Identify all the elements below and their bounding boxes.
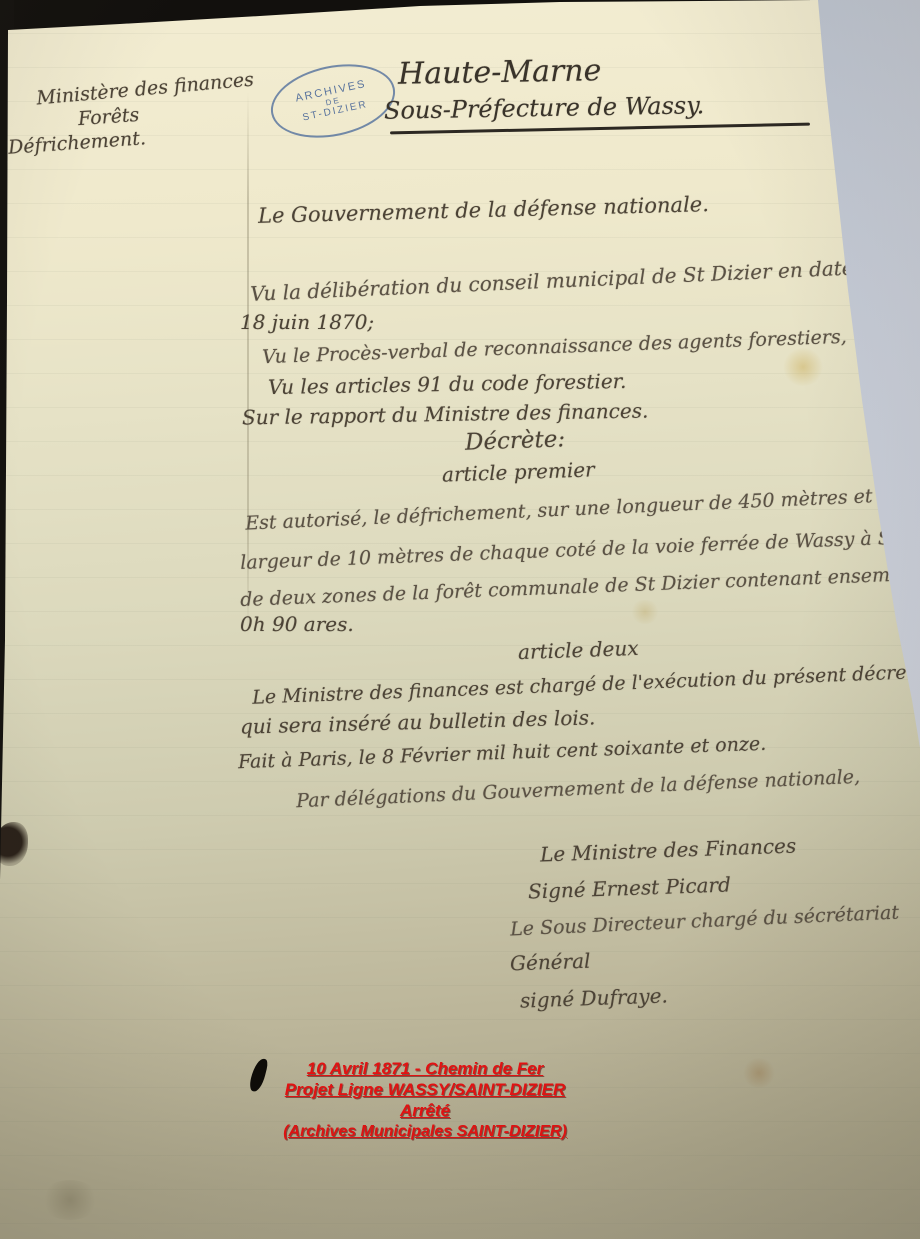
header-subprefecture: Sous-Préfecture de Wassy. (384, 91, 705, 125)
archive-caption: 10 Avril 1871 - Chemin de Fer Projet Lig… (240, 1058, 610, 1142)
body-line-article-2: article deux (518, 636, 639, 664)
margin-note-line: Forêts (77, 104, 140, 130)
photo-of-document: Ministère des finances Forêts Défricheme… (0, 0, 920, 1239)
paper-stain (742, 1058, 776, 1088)
body-line: 0h 90 ares. (240, 612, 354, 636)
caption-line: Projet Ligne WASSY/SAINT-DIZIER (240, 1079, 610, 1100)
paper-stain (630, 600, 660, 624)
paper-stain (40, 1180, 100, 1220)
paper-stain (782, 348, 824, 386)
signature-line: Général (510, 949, 591, 976)
caption-line: 10 Avril 1871 - Chemin de Fer (240, 1058, 610, 1079)
header-department: Haute-Marne (398, 53, 602, 92)
caption-line: Arrêté (240, 1100, 610, 1121)
body-line: 18 juin 1870; (240, 310, 374, 334)
signature-line: signé Dufraye. (520, 983, 669, 1012)
caption-line: (Archives Municipales SAINT-DIZIER) (240, 1121, 610, 1142)
paper-texture (0, 0, 920, 1239)
paper: Ministère des finances Forêts Défricheme… (0, 0, 920, 1239)
body-line-decrete: Décrète: (465, 426, 566, 455)
